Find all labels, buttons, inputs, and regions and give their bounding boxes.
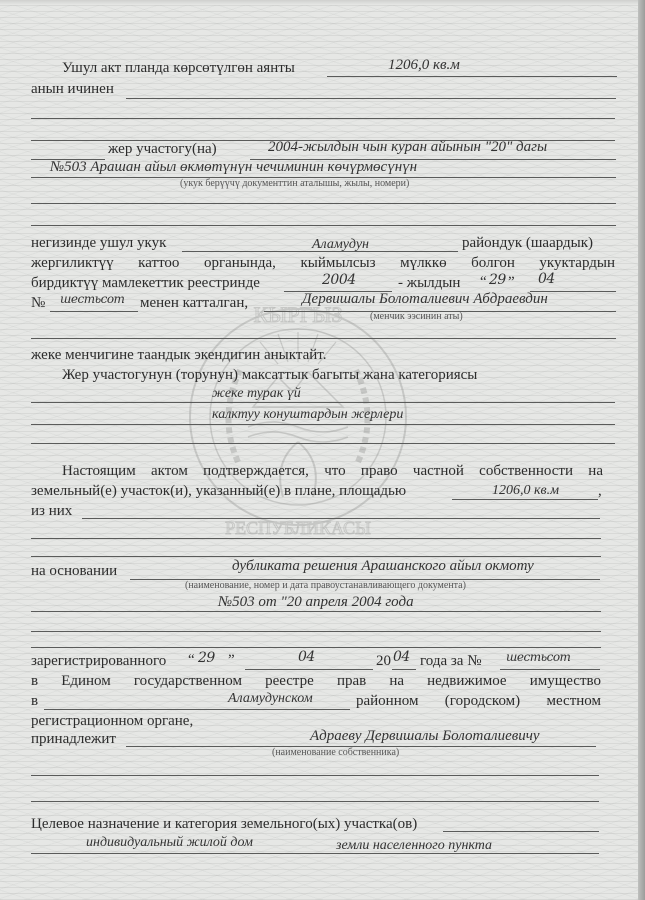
ru-belongs-label: принадлежит (31, 730, 116, 748)
ru-owner-value: Адраеву Дервишалы Болоталиевичу (310, 727, 540, 745)
ky-district-value: Аламудун (312, 236, 369, 254)
watermark-text-bottom: РЕСПУБЛИКАСЫ (225, 518, 371, 538)
ky-basis-label: негизинде ушул укук (31, 234, 166, 252)
ky-registered-label: менен катталган, (140, 294, 248, 312)
document-page: КЫРГЫЗ РЕСПУБЛИКАСЫ Ушул акт планда көрс… (0, 0, 638, 900)
ru-registry-line: в Едином государственном реестре прав на… (31, 672, 601, 690)
ky-plot-doc-line2: №503 Арашан айыл өкмөтүнүн чечиминин көч… (50, 158, 417, 176)
ru-statement-line1: Настоящим актом подтверждается, что прав… (62, 462, 603, 480)
ru-comma: , (598, 482, 602, 500)
ru-basis-value: дубликата решения Арашанского айыл окмот… (232, 557, 534, 575)
ru-basis-label: на основании (31, 562, 117, 580)
ky-purpose-value: жеке турак үй (212, 385, 301, 403)
ky-registry-line: жергиликтүү каттоо органында, кыймылсыз … (31, 254, 615, 272)
ru-of-which-label: из них (31, 502, 72, 520)
ky-registry-line2: бирдиктүү мамлекеттик реестринде (31, 274, 260, 292)
ru-purpose-label: Целевое назначение и категория земельног… (31, 815, 417, 833)
ky-owner-value: Дервишалы Болоталиевич Абдраевдин (302, 290, 548, 308)
ru-area-value: 1206,0 кв.м (492, 482, 559, 500)
ky-of-which-label: анын ичинен (31, 80, 114, 98)
ru-basis-value2: №503 от "20 апреля 2004 года (218, 593, 414, 611)
page-right-edge (638, 0, 645, 900)
ru-reg-day-value: 29 (198, 650, 215, 666)
ky-plot-doc-caption: (укук берүүчү документтин аталышы, жылы,… (180, 178, 409, 190)
ru-reg-year-value: 04 (393, 649, 410, 665)
ru-reg-year-suffix: года за № (420, 652, 482, 670)
ru-basis-caption: (наименование, номер и дата правоустанав… (185, 580, 466, 592)
ky-reg-year-value: 2004 (322, 272, 356, 288)
ky-ownership-statement: жеке менчигине таандык экендигин аныктай… (31, 346, 326, 364)
ky-reg-day-value: 29 (489, 272, 506, 288)
ru-reg-year-prefix: 20 (376, 652, 391, 670)
ru-purpose-value: индивидуальный жилой дом (86, 834, 253, 852)
ky-open-quote: “ (480, 273, 487, 291)
ky-number-value: шестьсот (60, 292, 124, 306)
ru-district-suffix: районном (городском) местном (356, 692, 601, 710)
ky-district-suffix: райондук (шаардык) (462, 234, 593, 252)
ru-statement-line2: земельный(е) участок(и), указанный(е) в … (31, 482, 406, 500)
page-top-edge (0, 0, 645, 5)
ky-reg-month-value: 04 (538, 271, 555, 287)
ru-reg-month-value: 04 (298, 649, 315, 665)
ru-reg-number-value: шестьсот (506, 650, 570, 664)
ru-registered-label: зарегистрированного (31, 652, 166, 670)
ru-close-quote: ” (228, 651, 235, 669)
ky-owner-caption: (менчик ээсинин аты) (370, 311, 463, 323)
ky-close-quote: ” (508, 273, 515, 291)
ky-plot-label: жер участогу(на) (108, 140, 217, 158)
ky-purpose-label: Жер участогунун (торунун) максаттык багы… (62, 366, 477, 384)
ru-district-value: Аламудунском (228, 690, 313, 708)
ru-organ-line: регистрационном органе, (31, 712, 193, 730)
ru-open-quote: “ (188, 651, 195, 669)
ky-area-value: 1206,0 кв.м (388, 56, 460, 74)
ky-area-label: Ушул акт планда көрсөтүлгөн аянты (62, 59, 295, 77)
ru-in-label: в (31, 692, 38, 710)
ru-owner-caption: (наименование собственника) (272, 747, 399, 759)
ky-plot-doc-line1: 2004-жылдын чын куран айынын "20" дагы (268, 138, 547, 156)
ky-category-value: калктуу конуштардын жерлери (212, 406, 403, 424)
ky-number-label: № (31, 294, 45, 312)
